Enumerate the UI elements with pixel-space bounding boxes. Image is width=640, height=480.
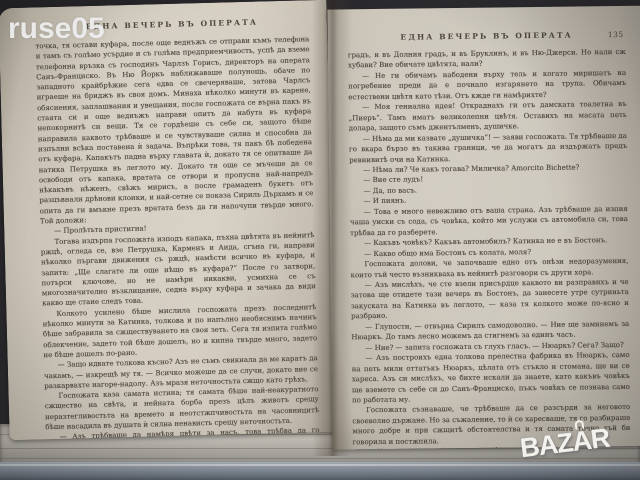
- bag-handle-icon: [574, 420, 584, 430]
- paragraph: Госпожата каза самата истина; тя самата …: [44, 384, 319, 432]
- paragraph: точка, тя остави куфара, после още веднъ…: [35, 34, 314, 226]
- table-edge-highlight: [0, 464, 640, 466]
- right-page-text: градъ, и въ Долния градъ, и въ Бруклинъ,…: [348, 47, 631, 450]
- paragraph: Тогава издърпа госпожата изподъ капака, …: [40, 230, 316, 309]
- left-page: ЕДНА ВЕЧЕРЬ ВЪ ОПЕРАТА точка, тя остави …: [0, 0, 338, 440]
- paragraph: — Нѣма да ми казвате „душичка“! — заяви …: [349, 131, 627, 166]
- shopping-bag-icon: A: [571, 425, 593, 458]
- watermark-ruse05: ruse05: [8, 12, 105, 46]
- table-edge: [0, 462, 640, 480]
- paragraph: — Не ги обичамъ набодени върху тель и ко…: [348, 68, 626, 103]
- left-page-text: точка, тя остави куфара, после още веднъ…: [35, 34, 320, 440]
- paragraph: — Това е много невежливо отъ ваша страна…: [350, 204, 628, 239]
- paragraph: — Моя гениална идея! Откраднахъ ги отъ д…: [348, 99, 626, 134]
- right-page-header: ЕДНА ВЕЧЕРЬ ВЪ ОПЕРАТА 135: [348, 30, 626, 42]
- right-page: ЕДНА ВЕЧЕРЬ ВЪ ОПЕРАТА 135 градъ, и въ Д…: [327, 6, 640, 450]
- page-number: 135: [608, 30, 624, 39]
- paragraph: — Азъ построихъ една толкова прелестна ф…: [352, 350, 631, 406]
- watermark-bazar-text: BAZ: [518, 427, 574, 463]
- running-title: ЕДНА ВЕЧЕРЬ ВЪ ОПЕРАТА: [86, 18, 259, 32]
- watermark-bazar-text: R: [589, 423, 611, 455]
- book-photo: ЕДНА ВЕЧЕРЬ ВЪ ОПЕРАТА точка, тя остави …: [0, 0, 640, 480]
- paragraph: Колкото усилено бѣше мислила госпожата п…: [42, 302, 317, 361]
- paragraph: — Азъ мислѣхъ, че сте взели присърдце ка…: [351, 277, 629, 322]
- running-title: ЕДНА ВЕЧЕРЬ ВЪ ОПЕРАТА: [400, 31, 572, 42]
- watermark-bazar-text: A: [571, 425, 593, 457]
